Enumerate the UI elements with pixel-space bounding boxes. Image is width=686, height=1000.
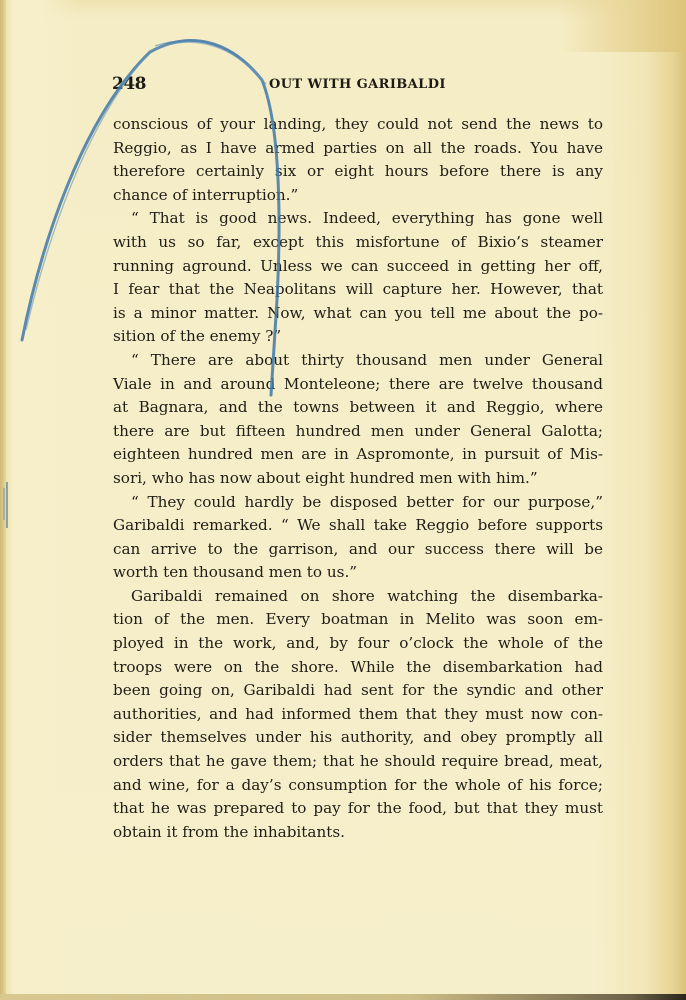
text-line: Garibaldi remarked. “ We shall take Regg… (113, 514, 603, 538)
page-stain (560, 0, 686, 52)
text-line: with us so far, except this misfortune o… (113, 231, 603, 255)
page-header: 248 OUT WITH GARIBALDI (112, 74, 602, 96)
text-line: “ That is good news. Indeed, everything … (113, 207, 603, 231)
text-line: and wine, for a day’s consumption for th… (113, 774, 603, 798)
text-line: is a minor matter. Now, what can you tel… (113, 302, 603, 326)
text-line: ployed in the work, and, by four o’clock… (113, 632, 603, 656)
text-line: chance of interruption.” (113, 184, 603, 208)
body-text: conscious of your landing, they could no… (113, 113, 603, 844)
text-line: I fear that the Neapolitans will capture… (113, 278, 603, 302)
page-spine-edge (0, 0, 6, 1000)
text-line: troops were on the shore. While the dise… (113, 656, 603, 680)
page-number: 248 (112, 74, 146, 94)
text-line: Viale in and around Monteleone; there ar… (113, 373, 603, 397)
text-line: obtain it from the inhabitants. (113, 821, 603, 845)
text-line: sition of the enemy ?” (113, 325, 603, 349)
text-line: sori, who has now about eight hundred me… (113, 467, 603, 491)
text-line: Reggio, as I have armed parties on all t… (113, 137, 603, 161)
text-line: “ There are about thirty thousand men un… (113, 349, 603, 373)
book-page: 248 OUT WITH GARIBALDI conscious of your… (0, 0, 686, 1000)
text-line: at Bagnara, and the towns between it and… (113, 396, 603, 420)
text-line: conscious of your landing, they could no… (113, 113, 603, 137)
text-line: can arrive to the garrison, and our succ… (113, 538, 603, 562)
text-line: therefore certainly six or eight hours b… (113, 160, 603, 184)
text-line: that he was prepared to pay for the food… (113, 797, 603, 821)
text-line: orders that he gave them; that he should… (113, 750, 603, 774)
text-line: sider themselves under his authority, an… (113, 726, 603, 750)
text-line: authorities, and had informed them that … (113, 703, 603, 727)
text-line: running aground. Unless we can succeed i… (113, 255, 603, 279)
text-line: tion of the men. Every boatman in Melito… (113, 608, 603, 632)
text-line: been going on, Garibaldi had sent for th… (113, 679, 603, 703)
text-line: Garibaldi remained on shore watching the… (113, 585, 603, 609)
page-bottom-edge (0, 994, 686, 1000)
text-line: eighteen hundred men are in Aspromonte, … (113, 443, 603, 467)
text-line: worth ten thousand men to us.” (113, 561, 603, 585)
text-line: “ They could hardly be disposed better f… (113, 491, 603, 515)
text-line: there are but fifteen hundred men under … (113, 420, 603, 444)
running-head: OUT WITH GARIBALDI (269, 77, 446, 92)
